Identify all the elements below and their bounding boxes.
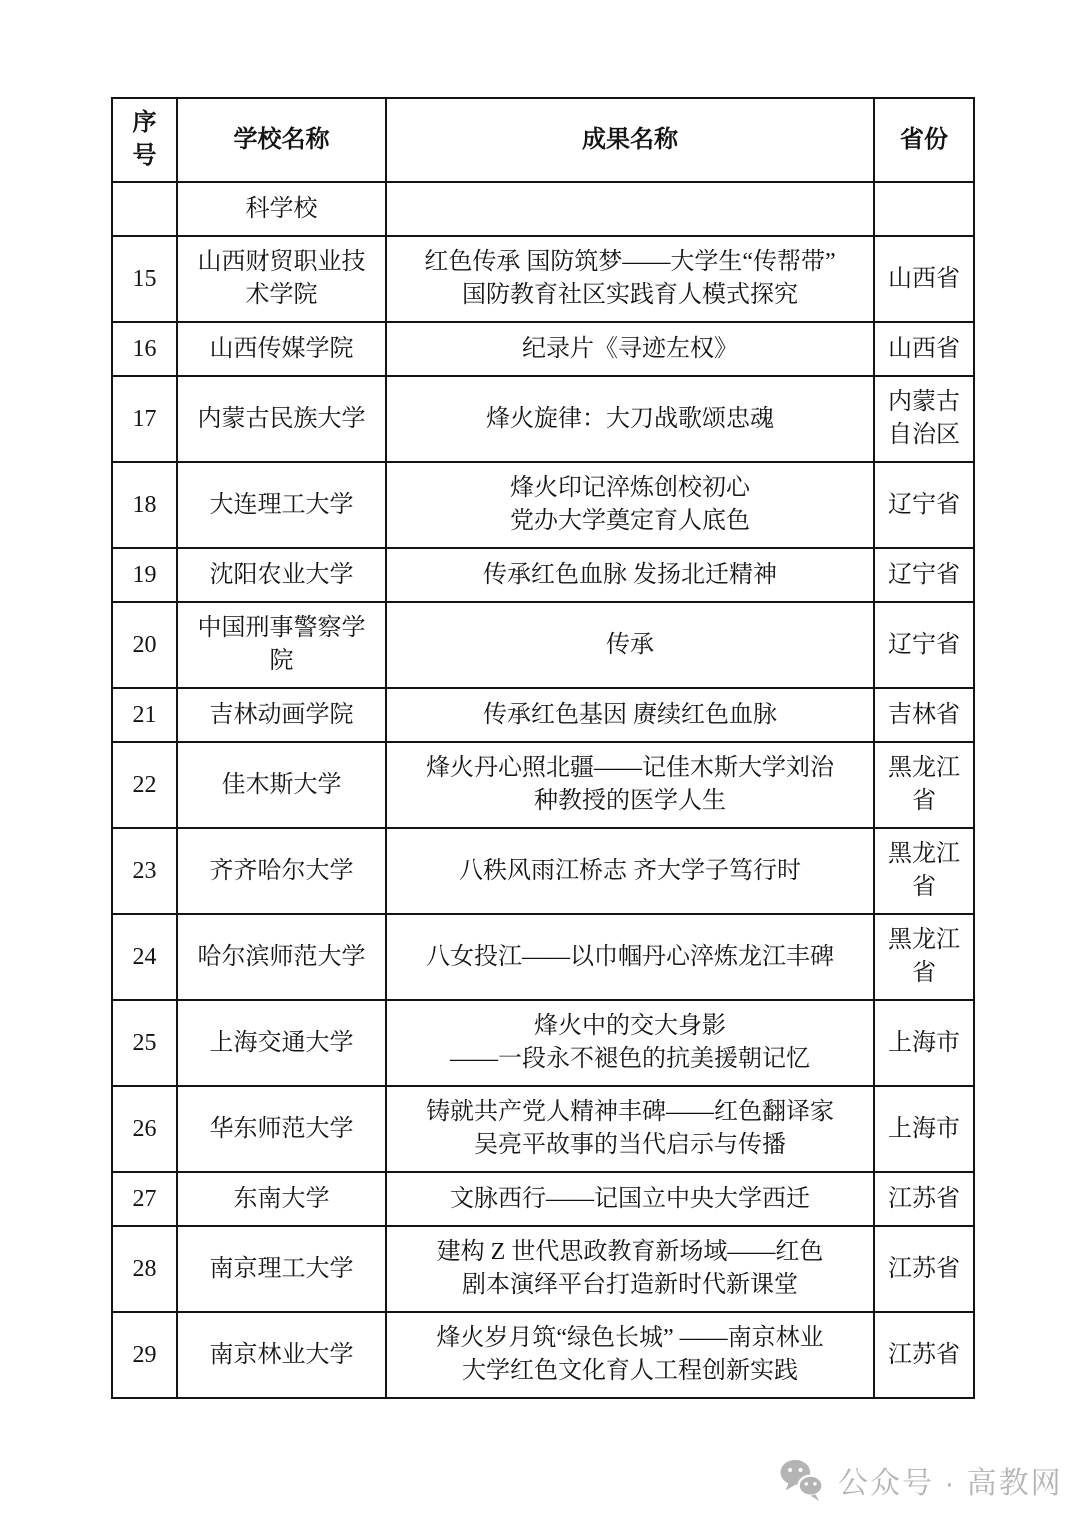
cell-achievement: 传承红色血脉 发扬北迁精神 [386,548,874,602]
cell-school: 南京林业大学 [177,1312,386,1398]
results-table: 序号 学校名称 成果名称 省份 科学校 15 山西财贸职业技 术学院 红色传承 … [111,97,975,1399]
table-row: 29 南京林业大学 烽火岁月筑“绿色长城” ——南京林业 大学红色文化育人工程创… [112,1312,974,1398]
cell-achievement: 烽火丹心照北疆——记佳木斯大学刘治 种教授的医学人生 [386,742,874,828]
cell-no: 22 [112,742,177,828]
cell-province: 辽宁省 [874,548,974,602]
col-header-province: 省份 [874,98,974,182]
cell-province: 山西省 [874,236,974,322]
cell-province: 山西省 [874,322,974,376]
cell-no: 19 [112,548,177,602]
table-row: 17 内蒙古民族大学 烽火旋律：大刀战歌颂忠魂 内蒙古 自治区 [112,376,974,462]
cell-school: 山西传媒学院 [177,322,386,376]
cell-no: 21 [112,688,177,742]
table-row: 23 齐齐哈尔大学 八秩风雨江桥志 齐大学子笃行时 黑龙江 省 [112,828,974,914]
wechat-icon [779,1458,825,1502]
cell-province: 黑龙江 省 [874,828,974,914]
document-page: 序号 学校名称 成果名称 省份 科学校 15 山西财贸职业技 术学院 红色传承 … [0,0,1080,1527]
table-header-row: 序号 学校名称 成果名称 省份 [112,98,974,182]
cell-no [112,182,177,236]
table-row: 16 山西传媒学院 纪录片《寻迹左权》 山西省 [112,322,974,376]
cell-province: 吉林省 [874,688,974,742]
wechat-watermark: 公众号 · 高教网 [779,1458,1063,1502]
cell-achievement: 八女投江——以巾帼丹心淬炼龙江丰碑 [386,914,874,1000]
table-row: 28 南京理工大学 建构 Z 世代思政教育新场域——红色 剧本演绎平台打造新时代… [112,1226,974,1312]
cell-school: 大连理工大学 [177,462,386,548]
cell-no: 17 [112,376,177,462]
col-header-achievement: 成果名称 [386,98,874,182]
cell-school: 东南大学 [177,1172,386,1226]
cell-province: 辽宁省 [874,602,974,688]
table-row: 18 大连理工大学 烽火印记淬炼创校初心 党办大学奠定育人底色 辽宁省 [112,462,974,548]
cell-no: 28 [112,1226,177,1312]
cell-no: 16 [112,322,177,376]
cell-achievement [386,182,874,236]
cell-school: 佳木斯大学 [177,742,386,828]
table-row: 24 哈尔滨师范大学 八女投江——以巾帼丹心淬炼龙江丰碑 黑龙江 省 [112,914,974,1000]
cell-achievement: 建构 Z 世代思政教育新场域——红色 剧本演绎平台打造新时代新课堂 [386,1226,874,1312]
cell-achievement: 红色传承 国防筑梦——大学生“传帮带” 国防教育社区实践育人模式探究 [386,236,874,322]
cell-school: 中国刑事警察学 院 [177,602,386,688]
cell-school: 吉林动画学院 [177,688,386,742]
table-row: 22 佳木斯大学 烽火丹心照北疆——记佳木斯大学刘治 种教授的医学人生 黑龙江 … [112,742,974,828]
cell-no: 20 [112,602,177,688]
cell-achievement: 烽火中的交大身影 ——一段永不褪色的抗美援朝记忆 [386,1000,874,1086]
cell-achievement: 烽火印记淬炼创校初心 党办大学奠定育人底色 [386,462,874,548]
table-row: 27 东南大学 文脉西行——记国立中央大学西迁 江苏省 [112,1172,974,1226]
cell-province: 黑龙江 省 [874,742,974,828]
cell-achievement: 纪录片《寻迹左权》 [386,322,874,376]
col-header-no: 序号 [112,98,177,182]
cell-achievement: 八秩风雨江桥志 齐大学子笃行时 [386,828,874,914]
table-row: 26 华东师范大学 铸就共产党人精神丰碑——红色翻译家 吴亮平故事的当代启示与传… [112,1086,974,1172]
cell-province: 内蒙古 自治区 [874,376,974,462]
cell-province: 江苏省 [874,1226,974,1312]
table-row: 15 山西财贸职业技 术学院 红色传承 国防筑梦——大学生“传帮带” 国防教育社… [112,236,974,322]
cell-province: 上海市 [874,1000,974,1086]
cell-achievement: 烽火岁月筑“绿色长城” ——南京林业 大学红色文化育人工程创新实践 [386,1312,874,1398]
cell-province: 黑龙江 省 [874,914,974,1000]
cell-no: 27 [112,1172,177,1226]
cell-province: 江苏省 [874,1312,974,1398]
cell-school: 科学校 [177,182,386,236]
table-row: 21 吉林动画学院 传承红色基因 赓续红色血脉 吉林省 [112,688,974,742]
cell-achievement: 烽火旋律：大刀战歌颂忠魂 [386,376,874,462]
cell-no: 29 [112,1312,177,1398]
cell-province: 江苏省 [874,1172,974,1226]
cell-no: 15 [112,236,177,322]
cell-school: 齐齐哈尔大学 [177,828,386,914]
cell-no: 25 [112,1000,177,1086]
cell-no: 26 [112,1086,177,1172]
cell-no: 24 [112,914,177,1000]
cell-achievement: 传承红色基因 赓续红色血脉 [386,688,874,742]
cell-school: 华东师范大学 [177,1086,386,1172]
cell-school: 山西财贸职业技 术学院 [177,236,386,322]
table-row: 19 沈阳农业大学 传承红色血脉 发扬北迁精神 辽宁省 [112,548,974,602]
cell-school: 内蒙古民族大学 [177,376,386,462]
table-row: 20 中国刑事警察学 院 传承 辽宁省 [112,602,974,688]
cell-achievement: 铸就共产党人精神丰碑——红色翻译家 吴亮平故事的当代启示与传播 [386,1086,874,1172]
col-header-school: 学校名称 [177,98,386,182]
wechat-watermark-label: 公众号 · 高教网 [838,1458,1063,1502]
table-row: 25 上海交通大学 烽火中的交大身影 ——一段永不褪色的抗美援朝记忆 上海市 [112,1000,974,1086]
cell-province: 上海市 [874,1086,974,1172]
cell-province: 辽宁省 [874,462,974,548]
cell-achievement: 传承 [386,602,874,688]
cell-school: 上海交通大学 [177,1000,386,1086]
cell-no: 18 [112,462,177,548]
cell-school: 哈尔滨师范大学 [177,914,386,1000]
cell-school: 沈阳农业大学 [177,548,386,602]
cell-province [874,182,974,236]
table-row: 科学校 [112,182,974,236]
cell-achievement: 文脉西行——记国立中央大学西迁 [386,1172,874,1226]
cell-no: 23 [112,828,177,914]
cell-school: 南京理工大学 [177,1226,386,1312]
